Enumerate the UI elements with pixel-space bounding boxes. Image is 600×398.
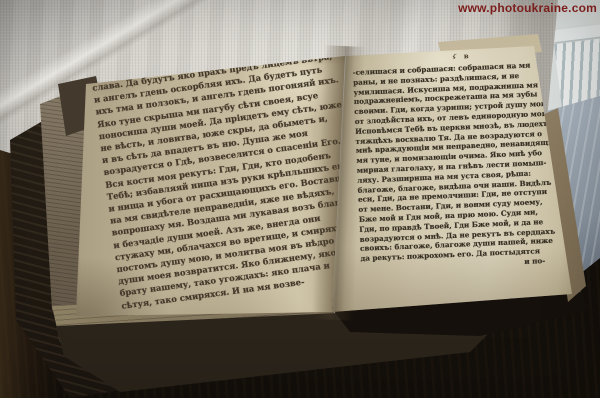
photo-open-antique-book: ѕ҃ г слава. Да будутъ яко прахъ предъ ли… — [0, 0, 600, 398]
left-page-text: ѕ҃ г слава. Да будутъ яко прахъ предъ ли… — [90, 48, 349, 82]
right-page-lines: -селишася и собрашася: собрашася на мяра… — [353, 60, 562, 274]
open-book: ѕ҃ г слава. Да будутъ яко прахъ предъ ли… — [0, 0, 600, 398]
watermark: www.photoukraine.com — [458, 1, 597, 15]
page-corner-mark: ог — [561, 47, 570, 55]
left-page-lines: слава. Да будутъ яко прахъ предъ лицемъ … — [92, 49, 350, 311]
left-page: ѕ҃ г слава. Да будутъ яко прахъ предъ ли… — [64, 48, 350, 334]
